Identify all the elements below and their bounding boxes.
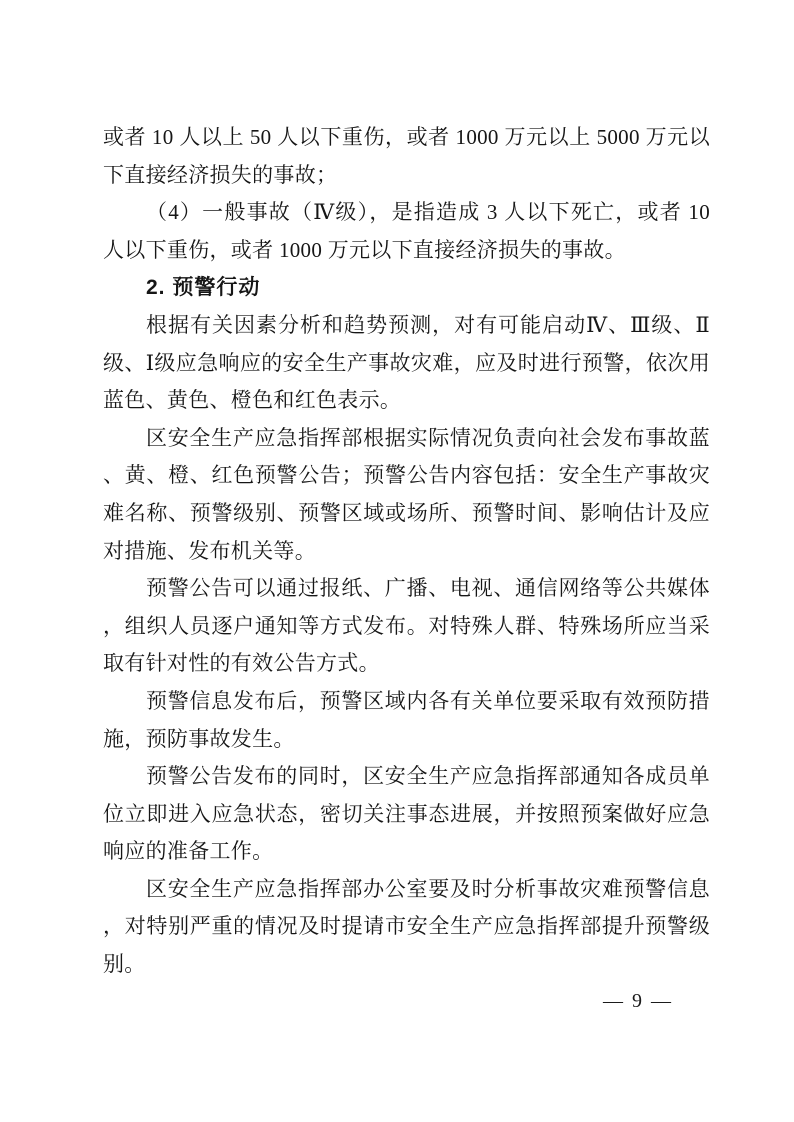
paragraph-warning-announcement-content: 区安全生产应急指挥部根据实际情况负责向社会发布事故蓝、黄、橙、红色预警公告；预警…: [103, 420, 710, 570]
paragraph-announcement-channels: 预警公告可以通过报纸、广播、电视、通信网络等公共媒体，组织人员逐户通知等方式发布…: [103, 570, 710, 683]
section-heading-warning-action: 2. 预警行动: [103, 269, 710, 307]
paragraph-office-analysis: 区安全生产应急指挥部办公室要及时分析事故灾难预警信息，对特别严重的情况及时提请市…: [103, 871, 710, 984]
page-number: — 9 —: [603, 986, 693, 1016]
paragraph-general-accident: （4）一般事故（Ⅳ级），是指造成 3 人以下死亡，或者 10 人以下重伤，或者 …: [103, 194, 710, 269]
paragraph-prevention-measures: 预警信息发布后，预警区域内各有关单位要采取有效预防措施，预防事故发生。: [103, 683, 710, 758]
paragraph-continuation: 或者 10 人以上 50 人以下重伤，或者 1000 万元以上 5000 万元以…: [103, 119, 710, 194]
document-body: 或者 10 人以上 50 人以下重伤，或者 1000 万元以上 5000 万元以…: [103, 119, 710, 984]
document-page: 或者 10 人以上 50 人以下重伤，或者 1000 万元以上 5000 万元以…: [0, 0, 794, 1122]
paragraph-warning-levels: 根据有关因素分析和趋势预测，对有可能启动Ⅳ、Ⅲ级、Ⅱ级、Ⅰ级应急响应的安全生产事…: [103, 307, 710, 420]
paragraph-member-units-response: 预警公告发布的同时，区安全生产应急指挥部通知各成员单位立即进入应急状态，密切关注…: [103, 758, 710, 871]
